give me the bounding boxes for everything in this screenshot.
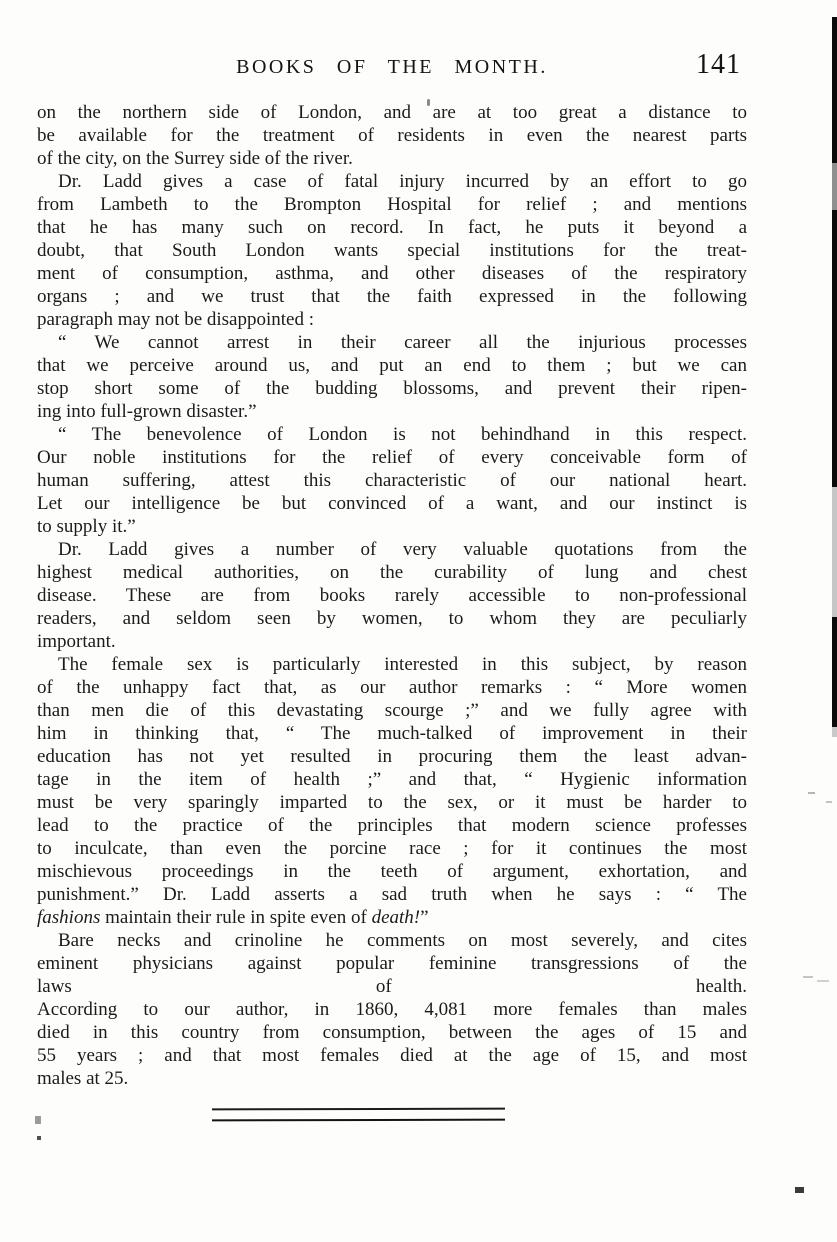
text-line: must be very sparingly imparted to the s… <box>37 791 747 814</box>
text-line: tage in the item of health ;” and that, … <box>37 768 747 791</box>
text-line: disease. These are from books rarely acc… <box>37 584 747 607</box>
paragraph: Dr. Ladd gives a case of fatal injury in… <box>37 170 747 331</box>
text-line: organs ; and we trust that the faith exp… <box>37 285 747 308</box>
paragraph: “ We cannot arrest in their career all t… <box>37 331 747 423</box>
page-number: 141 <box>696 49 741 81</box>
text-line: readers, and seldom seen by women, to wh… <box>37 607 747 630</box>
text-line: Let our intelligence be but convinced of… <box>37 492 747 515</box>
separator-rule <box>212 1108 505 1122</box>
text-line: to supply it.” <box>37 515 747 538</box>
text-line: “ We cannot arrest in their career all t… <box>37 331 747 354</box>
text-line: mischievous proceedings in the teeth of … <box>37 860 747 883</box>
paragraph: on the northern side of London, and are … <box>37 101 747 170</box>
text-line: human suffering, attest this characteris… <box>37 469 747 492</box>
text-line: Bare necks and crinoline he comments on … <box>37 929 747 952</box>
text-line: lead to the practice of the principles t… <box>37 814 747 837</box>
text-line: ing into full-grown disaster.” <box>37 400 747 423</box>
text-line: laws of health. <box>37 975 747 998</box>
text-line: him in thinking that, “ The much-talked … <box>37 722 747 745</box>
text-line: Dr. Ladd gives a number of very valuable… <box>37 538 747 561</box>
text-line: important. <box>37 630 747 653</box>
text-line: ment of consumption, asthma, and other d… <box>37 262 747 285</box>
paragraph: Dr. Ladd gives a number of very valuable… <box>37 538 747 653</box>
text-block: on the northern side of London, and are … <box>37 101 747 1090</box>
paragraph: Bare necks and crinoline he comments on … <box>37 929 747 1090</box>
text-line: than men die of this devastating scourge… <box>37 699 747 722</box>
scan-speck <box>35 1116 41 1124</box>
scan-speck <box>808 792 815 794</box>
scan-speck <box>803 976 813 978</box>
scan-speck <box>826 801 832 803</box>
scanned-book-page: BOOKS OF THE MONTH. 141 on the northern … <box>0 0 837 1242</box>
plain-text: ” <box>420 907 428 928</box>
text-line: highest medical authorities, on the cura… <box>37 561 747 584</box>
text-line: The female sex is particularly intereste… <box>37 653 747 676</box>
italic-text: fashions <box>37 907 100 928</box>
text-line: paragraph may not be disappointed : <box>37 308 747 331</box>
scan-speck <box>427 99 430 106</box>
text-line: punishment.” Dr. Ladd asserts a sad trut… <box>37 883 747 906</box>
text-line: education has not yet resulted in procur… <box>37 745 747 768</box>
text-line: died in this country from consumption, b… <box>37 1021 747 1044</box>
text-line: that we perceive around us, and put an e… <box>37 354 747 377</box>
scan-edge-fade <box>832 727 837 737</box>
text-line: eminent physicians against popular femin… <box>37 952 747 975</box>
text-line: Dr. Ladd gives a case of fatal injury in… <box>37 170 747 193</box>
text-line: males at 25. <box>37 1067 747 1090</box>
scan-speck <box>817 980 829 982</box>
scan-edge-fade <box>832 163 837 210</box>
scan-edge-fade <box>832 487 837 617</box>
paragraph: “ The benevolence of London is not behin… <box>37 423 747 538</box>
text-line: be available for the treatment of reside… <box>37 124 747 147</box>
text-line: on the northern side of London, and are … <box>37 101 747 124</box>
running-head: BOOKS OF THE MONTH. 141 <box>37 53 747 79</box>
text-line: of the unhappy fact that, as our author … <box>37 676 747 699</box>
text-line: According to our author, in 1860, 4,081 … <box>37 998 747 1021</box>
text-line: to inculcate, than even the porcine race… <box>37 837 747 860</box>
paragraph: The female sex is particularly intereste… <box>37 653 747 929</box>
text-line: Our noble institutions for the relief of… <box>37 446 747 469</box>
text-line: stop short some of the budding blossoms,… <box>37 377 747 400</box>
plain-text: maintain their rule in spite even of <box>100 907 371 928</box>
scan-edge-line <box>832 17 837 727</box>
scan-speck <box>795 1187 804 1193</box>
text-line: doubt, that South London wants special i… <box>37 239 747 262</box>
scan-speck <box>37 1136 41 1140</box>
text-line: 55 years ; and that most females died at… <box>37 1044 747 1067</box>
text-line: fashions maintain their rule in spite ev… <box>37 906 747 929</box>
page-title: BOOKS OF THE MONTH. <box>37 56 747 79</box>
text-line: from Lambeth to the Brompton Hospital fo… <box>37 193 747 216</box>
text-line: of the city, on the Surrey side of the r… <box>37 147 747 170</box>
italic-text: death! <box>372 907 421 928</box>
text-line: “ The benevolence of London is not behin… <box>37 423 747 446</box>
text-line: that he has many such on record. In fact… <box>37 216 747 239</box>
